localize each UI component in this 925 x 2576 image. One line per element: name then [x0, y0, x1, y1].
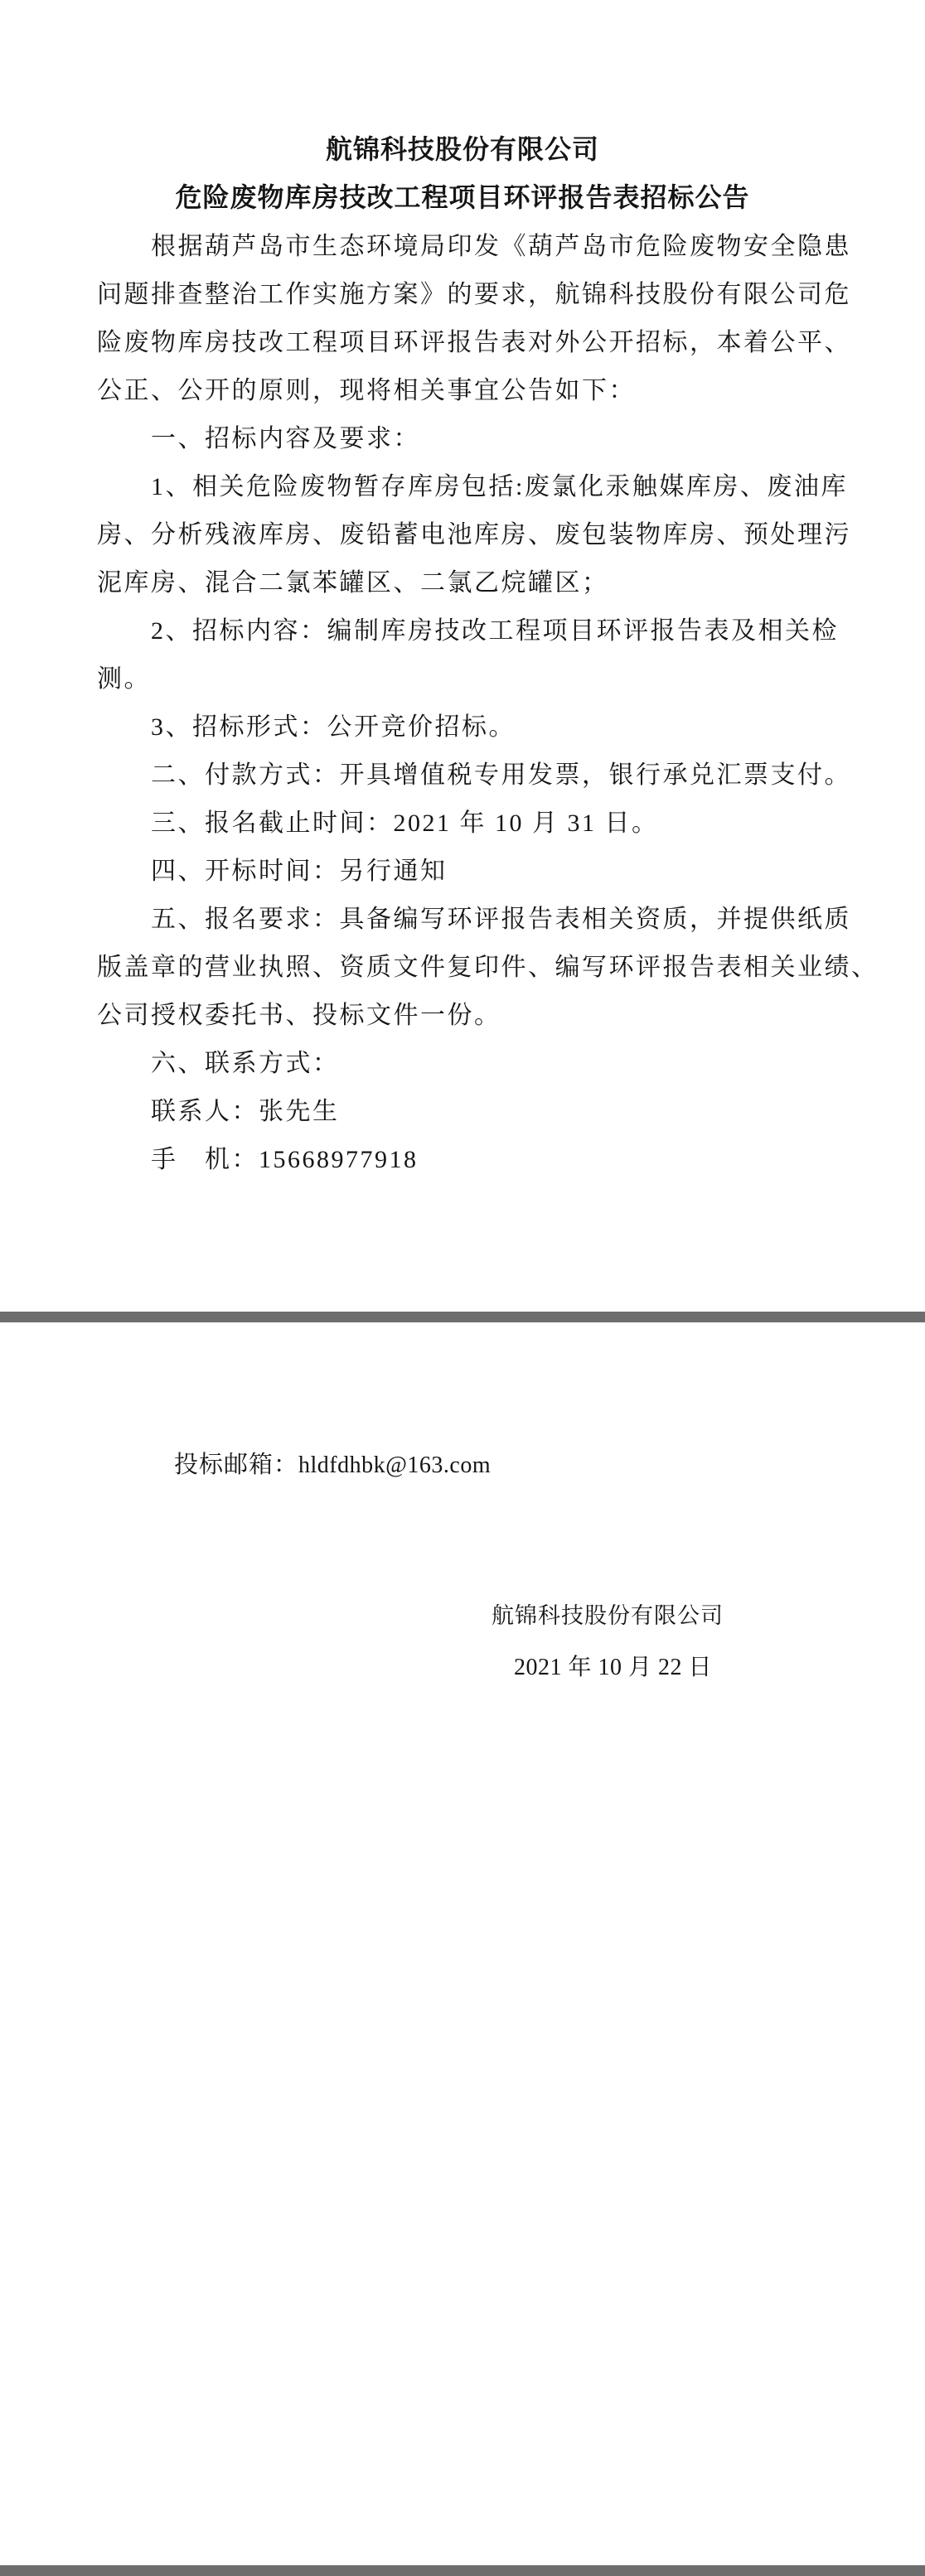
body-line-section-4: 四、开标时间：另行通知 — [97, 848, 868, 896]
body-line-contact-person: 联系人：张先生 — [97, 1088, 868, 1136]
body-line: 房、分析残液库房、废铅蓄电池库房、废包装物库房、预处理污 — [97, 511, 868, 559]
body-line: 版盖章的营业执照、资质文件复印件、编写环评报告表相关业绩、 — [97, 944, 868, 992]
body-line: 测。 — [97, 655, 868, 703]
body-line: 险废物库房技改工程项目环评报告表对外公开招标，本着公平、 — [97, 319, 868, 367]
body-line: 2、招标内容：编制库房技改工程项目环评报告表及相关检 — [97, 607, 868, 655]
signature-date: 2021 年 10 月 22 日 — [514, 1649, 712, 1682]
body-line: 根据葫芦岛市生态环境局印发《葫芦岛市危险废物安全隐患 — [97, 223, 868, 271]
page-break-divider — [0, 1312, 925, 1322]
bottom-divider — [0, 2565, 925, 2576]
document-body: 根据葫芦岛市生态环境局印发《葫芦岛市危险废物安全隐患 问题排查整治工作实施方案》… — [97, 223, 868, 1184]
document-title-announcement: 危险废物库房技改工程项目环评报告表招标公告 — [0, 176, 925, 215]
body-line: 3、招标形式：公开竞价招标。 — [97, 703, 868, 752]
body-line: 公司授权委托书、投标文件一份。 — [97, 992, 868, 1040]
body-line-section-5: 五、报名要求：具备编写环评报告表相关资质，并提供纸质 — [97, 896, 868, 944]
body-line: 1、相关危险废物暂存库房包括:废氯化汞触媒库房、废油库 — [97, 463, 868, 511]
body-line-contact-phone: 手 机：15668977918 — [97, 1136, 868, 1184]
body-line-section-3: 三、报名截止时间：2021 年 10 月 31 日。 — [97, 800, 868, 848]
bid-email-line: 投标邮箱：hldfdhbk@163.com — [174, 1446, 491, 1480]
body-line-section-2: 二、付款方式：开具增值税专用发票，银行承兑汇票支付。 — [97, 752, 868, 800]
body-line-section-6: 六、联系方式： — [97, 1040, 868, 1088]
document-title-company: 航锦科技股份有限公司 — [0, 128, 925, 167]
document-page: 航锦科技股份有限公司 危险废物库房技改工程项目环评报告表招标公告 根据葫芦岛市生… — [0, 0, 925, 2576]
body-line: 公正、公开的原则，现将相关事宜公告如下： — [97, 367, 868, 415]
body-line: 泥库房、混合二氯苯罐区、二氯乙烷罐区； — [97, 559, 868, 607]
body-line-section-1: 一、招标内容及要求： — [97, 415, 868, 463]
signature-company: 航锦科技股份有限公司 — [492, 1597, 724, 1630]
bid-email-label: 投标邮箱： — [174, 1452, 298, 1478]
body-line: 问题排查整治工作实施方案》的要求，航锦科技股份有限公司危 — [97, 271, 868, 319]
bid-email-address: hldfdhbk@163.com — [298, 1452, 491, 1478]
